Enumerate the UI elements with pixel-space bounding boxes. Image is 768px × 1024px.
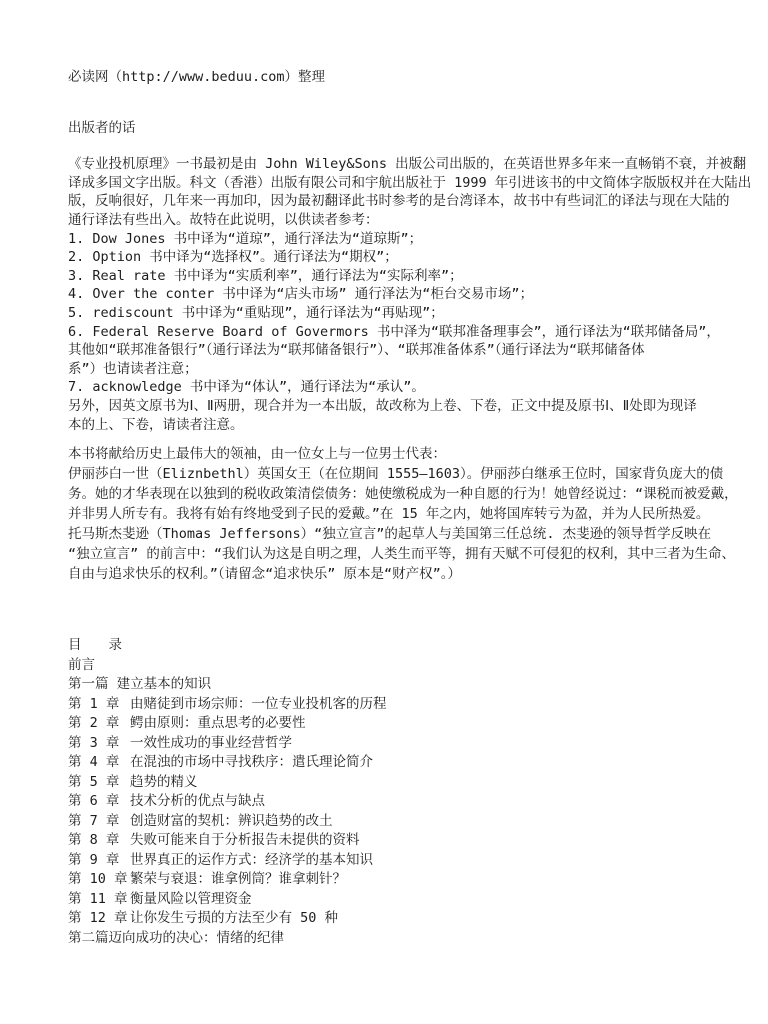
toc-entry-label: 第 4 章 (68, 753, 130, 773)
text-line: 并非男人所专有。我将有始有终地受到子民的爱戴。”在 15 年之内，她将国库转亏为… (68, 504, 728, 524)
text-line: 4. Over the conter 书中译为“店头市场” 通行泽法为“柜台交易… (68, 285, 728, 304)
table-of-contents: 目 录 前言 第一篇 建立基本的知识 第 1 章 由赌徒 (68, 636, 728, 948)
text-line: 系”）也请读者注意； (68, 360, 728, 379)
toc-entry: 前言 (68, 656, 728, 676)
toc-entry: 第 9 章 世界真正的运作方式：经济学的基本知识 (68, 851, 728, 871)
toc-entry: 第 10 章 繁荣与衰退：谁拿例筒？谁拿刺针？ (68, 870, 728, 890)
toc-entry: 第 4 章 在混浊的市场中寻找秩序：遣氏理论简介 (68, 753, 728, 773)
toc-entry-title: 衡量风险以管理资金 (130, 890, 252, 910)
publisher-note-section: 出版者的话 《专业投机原理》一书最初是由 John Wiley&Sons 出版公… (68, 119, 728, 585)
text-line: 本书将献给历史上最伟大的领袖，由一位女上与一位男士代表： (68, 444, 728, 464)
toc-entry: 第 3 章 一效性成功的事业经营哲学 (68, 734, 728, 754)
text-line: 务。她的才华表现在以独到的税收政策清偿债务：她使缴税成为一种自愿的行为！她曾经说… (68, 484, 728, 504)
text-line: 译成多国文字出版。科文（香港）出版有限公司和宇航出版社于 1999 年引进该书的… (68, 174, 728, 193)
toc-list: 前言 第一篇 建立基本的知识 第 1 章 由赌徒到市场宗师：一位专业投机客的历程… (68, 656, 728, 949)
toc-entry-label: 第 6 章 (68, 792, 130, 812)
toc-entry-title: 前言 (68, 656, 95, 676)
text-line: 通行译法有些出入。故特在此说明，以供读者参考： (68, 211, 728, 230)
toc-entry: 第 1 章 由赌徒到市场宗师：一位专业投机客的历程 (68, 695, 728, 715)
text-line: 《专业投机原理》一书最初是由 John Wiley&Sons 出版公司出版的，在… (68, 155, 728, 174)
toc-entry-label: 第 3 章 (68, 734, 130, 754)
toc-entry: 第 5 章 趋势的精义 (68, 773, 728, 793)
text-line: 版，反响很好，几年来一再加印，因为最初翻译此书时参考的是台湾译本，故书中有些词汇… (68, 192, 728, 211)
toc-entry-label: 第 1 章 (68, 695, 130, 715)
text-line: 7. acknowledge 书中译为“体认”，通行译法为“承认”。 (68, 378, 728, 397)
toc-entry-title: 由赌徒到市场宗师：一位专业投机客的历程 (130, 695, 387, 715)
toc-entry: 第 11 章 衡量风险以管理资金 (68, 890, 728, 910)
toc-entry-title: 第二篇迈向成功的决心：情绪的纪律 (68, 929, 284, 949)
toc-entry-title: 繁荣与衰退：谁拿例筒？谁拿刺针？ (130, 870, 346, 890)
toc-entry: 第 7 章 创造财富的契机：辨识趋势的改土 (68, 812, 728, 832)
toc-entry-title: 鳄由原则：重点思考的必要性 (130, 714, 306, 734)
text-line: 1. Dow Jones 书中译为“道琼”，通行泽法为“道琼斯”； (68, 230, 728, 249)
toc-entry-label: 第 9 章 (68, 851, 130, 871)
text-line: 6. Federal Reserve Board of Govermors 书中… (68, 323, 728, 342)
publisher-note-body: 《专业投机原理》一书最初是由 John Wiley&Sons 出版公司出版的，在… (68, 155, 728, 434)
text-line: 托马斯杰斐逊（Thomas Jeffersons）“独立宣言”的起草人与美国第三… (68, 524, 728, 544)
publisher-note-title: 出版者的话 (68, 119, 728, 138)
toc-entry: 第 8 章 失败可能来自于分析报告未提供的资料 (68, 831, 728, 851)
toc-entry: 第 2 章 鳄由原则：重点思考的必要性 (68, 714, 728, 734)
toc-entry-label: 第 12 章 (68, 909, 130, 929)
text-line: 其他如“联邦准备银行”（通行译法为“联邦储备银行”）、“联邦准备体系”（通行译法… (68, 341, 728, 360)
text-line: 3. Real rate 书中译为“实质利率”，通行译法为“实际利率”； (68, 267, 728, 286)
dedication-block: 本书将献给历史上最伟大的领袖，由一位女上与一位男士代表： 伊丽莎白一世（Eliz… (68, 444, 728, 584)
toc-entry-title: 一效性成功的事业经营哲学 (130, 734, 292, 754)
toc-entry-title: 让你发生亏损的方法至少有 50 种 (130, 909, 338, 929)
toc-entry-label: 第 10 章 (68, 870, 130, 890)
toc-entry-title: 世界真正的运作方式：经济学的基本知识 (130, 851, 373, 871)
text-line: 本的上、下卷，请读者注意。 (68, 416, 728, 435)
toc-entry-label: 第 11 章 (68, 890, 130, 910)
toc-title: 目 录 (68, 636, 728, 656)
toc-entry-title: 第一篇 建立基本的知识 (68, 675, 211, 695)
toc-entry: 第 6 章 技术分析的优点与缺点 (68, 792, 728, 812)
text-line: “独立宣言” 的前言中：“我们认为这是自明之理，人类生而平等，拥有天赋不可侵犯的… (68, 544, 728, 564)
toc-entry: 第二篇迈向成功的决心：情绪的纪律 (68, 929, 728, 949)
page-content: 必读网（http://www.beduu.com）整理 出版者的话 《专业投机原… (0, 0, 768, 948)
text-line: 另外，因英文原书为Ⅰ、Ⅱ两册，现合并为一本出版，故改称为上卷、下卷，正文中提及原… (68, 397, 728, 416)
text-line: 2. Option 书中译为“选择权”。通行译法为“期权”； (68, 248, 728, 267)
text-line: 伊丽莎白一世（Eliznbethl）英国女王（在位期间 1555—1603）。伊… (68, 464, 728, 484)
toc-entry-label: 第 7 章 (68, 812, 130, 832)
document-page: 必读网（http://www.beduu.com）整理 出版者的话 《专业投机原… (0, 0, 768, 1024)
toc-entry-title: 技术分析的优点与缺点 (130, 792, 265, 812)
toc-entry-label: 第 5 章 (68, 773, 130, 793)
source-note: 必读网（http://www.beduu.com）整理 (68, 68, 728, 87)
toc-entry-label: 第 2 章 (68, 714, 130, 734)
toc-entry-title: 在混浊的市场中寻找秩序：遣氏理论简介 (130, 753, 373, 773)
text-line: 自由与追求快乐的权利。”（请留念“追求快乐” 原本是“财产权”。） (68, 564, 728, 584)
toc-entry: 第一篇 建立基本的知识 (68, 675, 728, 695)
toc-entry-label: 第 8 章 (68, 831, 130, 851)
toc-entry: 第 12 章 让你发生亏损的方法至少有 50 种 (68, 909, 728, 929)
toc-entry-title: 创造财富的契机：辨识趋势的改土 (130, 812, 333, 832)
text-line: 5. rediscount 书中译为“重贴现”，通行译法为“再贴现”； (68, 304, 728, 323)
toc-entry-title: 趋势的精义 (130, 773, 198, 793)
toc-entry-title: 失败可能来自于分析报告未提供的资料 (130, 831, 360, 851)
